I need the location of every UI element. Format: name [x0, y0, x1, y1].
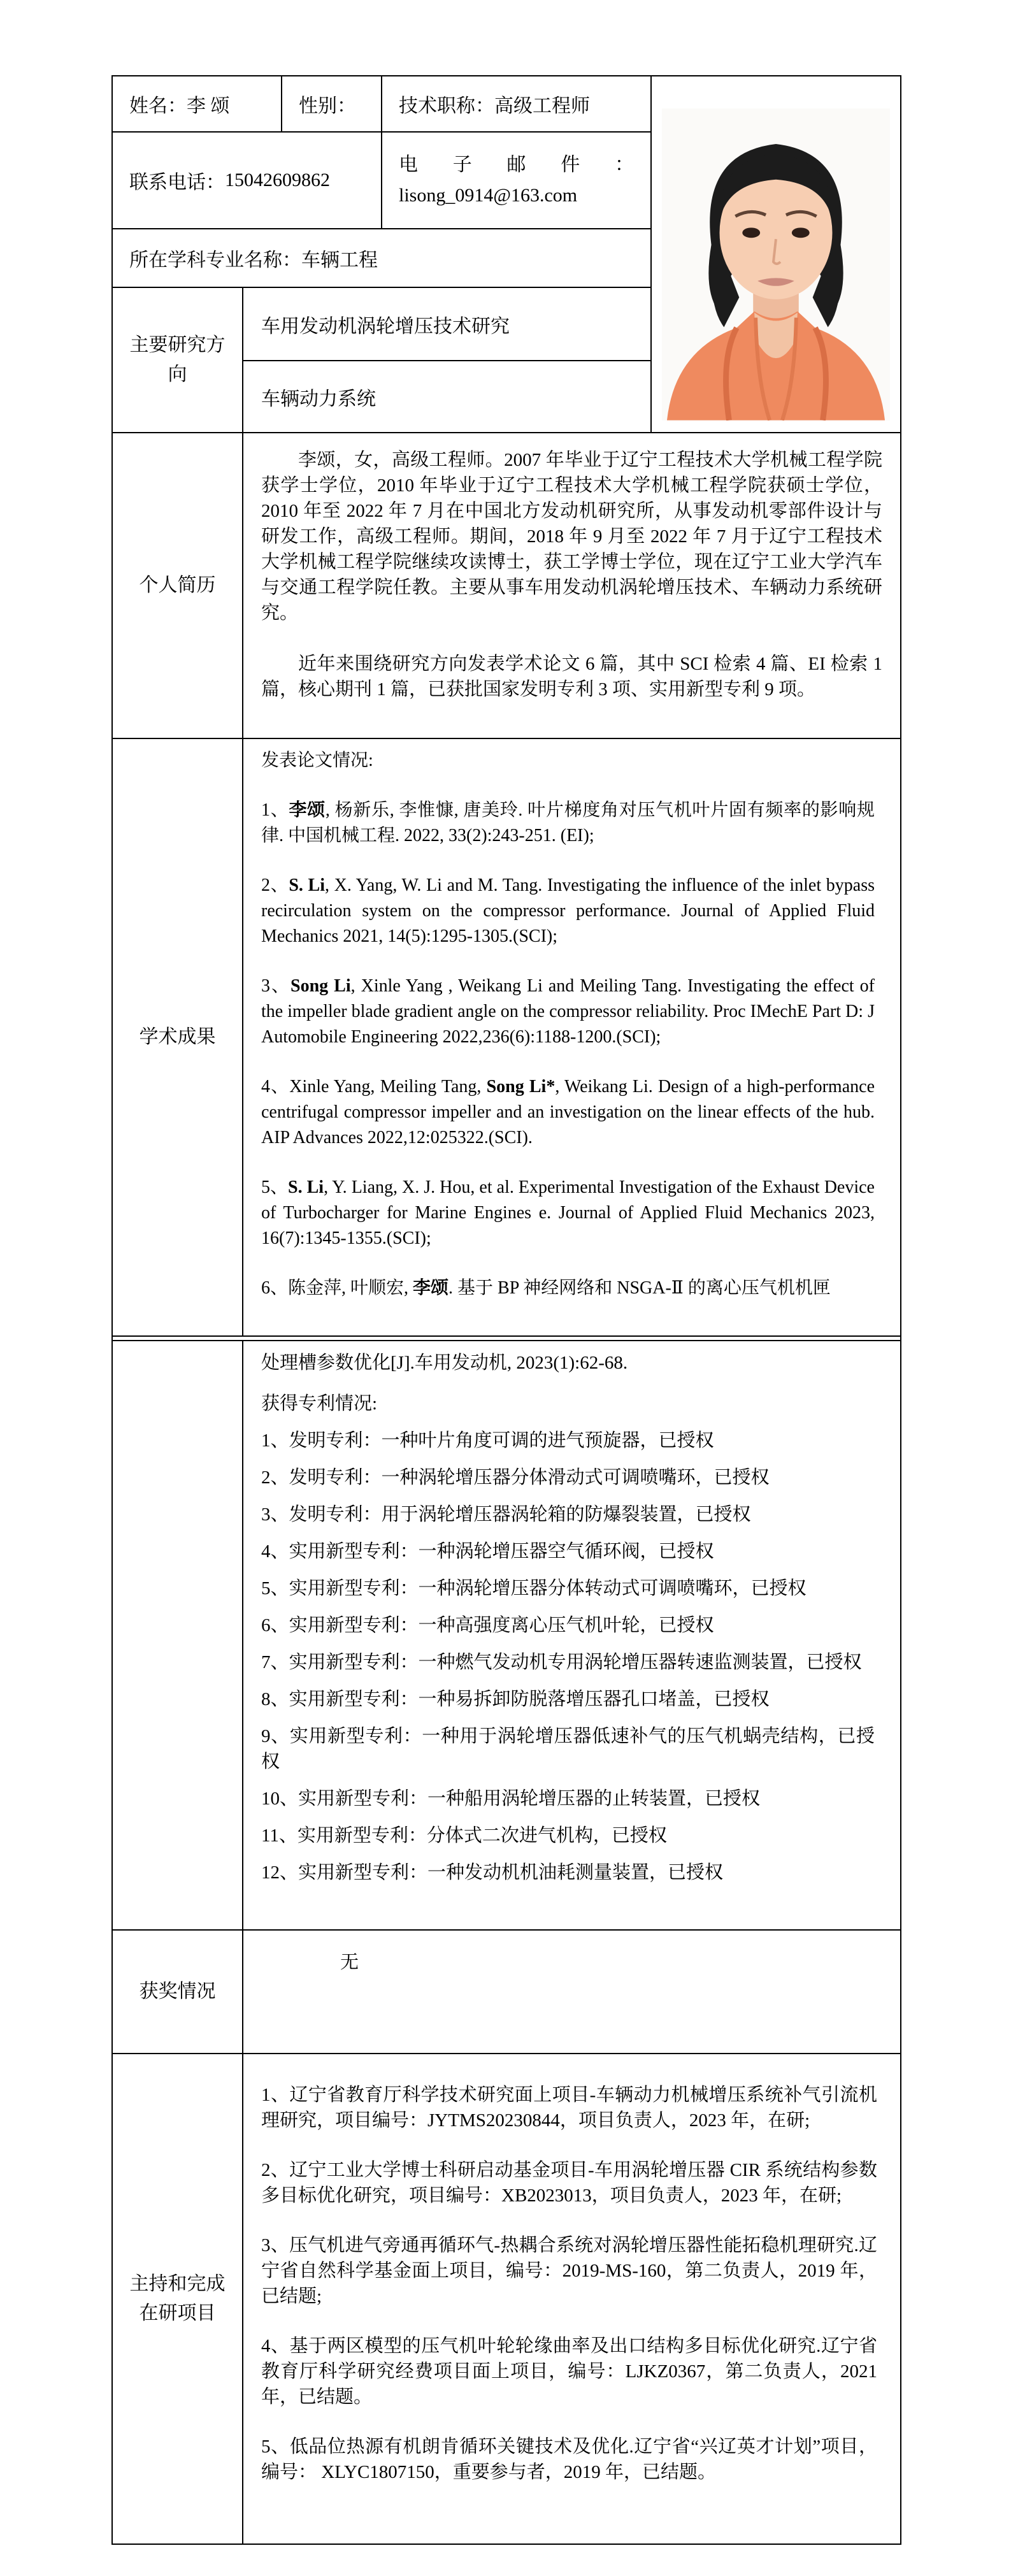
header-left: 姓名：李 颂 性别： 技术职称：高级工程师 联系电话：15042609862 电… — [113, 76, 652, 432]
phone-cell: 联系电话：15042609862 — [113, 133, 382, 228]
list-item: 11、实用新型专利：分体式二次进气机构，已授权 — [261, 1823, 875, 1848]
gender-cell: 性别： — [282, 76, 382, 131]
projects-content: 1、辽宁省教育厅科学技术研究面上项目-车辆动力机械增压系统补气引流机理研究，项目… — [243, 2054, 900, 2544]
list-item: 9、实用新型专利：一种用于涡轮增压器低速补气的压气机蜗壳结构，已授权 — [261, 1723, 875, 1774]
paper-text: , Y. Liang, X. J. Hou, et al. Experiment… — [261, 1177, 875, 1248]
list-item: 2、辽宁工业大学博士科研启动基金项目-车用涡轮增压器 CIR 系统结构参数多目标… — [261, 2157, 877, 2208]
list-item: 7、实用新型专利：一种燃气发动机专用涡轮增压器转速监测装置，已授权 — [261, 1650, 875, 1675]
gender-label: 性别： — [299, 90, 356, 118]
patents-content: 处理槽参数优化[J].车用发动机, 2023(1):62-68. 获得专利情况:… — [243, 1341, 900, 1929]
header-block: 姓名：李 颂 性别： 技术职称：高级工程师 联系电话：15042609862 电… — [113, 76, 900, 433]
author-highlight: Song Li — [290, 976, 351, 996]
author-highlight: Song Li* — [487, 1077, 556, 1097]
paper-text: 5、 — [261, 1177, 288, 1197]
phone-value: 15042609862 — [225, 169, 330, 191]
phone-label: 联系电话： — [129, 166, 225, 194]
achievements-label: 学术成果 — [113, 739, 243, 1335]
paper-text: , X. Yang, W. Li and M. Tang. Investigat… — [261, 875, 875, 946]
list-item: 李颂，女，高级工程师。2007 年毕业于辽宁工程技术大学机械工程学院获学士学位，… — [261, 447, 882, 626]
list-item: 6、实用新型专利：一种高强度离心压气机叶轮，已授权 — [261, 1613, 875, 1638]
header-row-discipline: 所在学科专业名称：车辆工程 — [113, 229, 650, 288]
paper-text: . 基于 BP 神经网络和 NSGA-Ⅱ 的离心压气机机匣 — [448, 1278, 831, 1298]
paper-text: 3、 — [261, 976, 290, 996]
list-item: 2、发明专利：一种涡轮增压器分体滑动式可调喷嘴环，已授权 — [261, 1465, 875, 1490]
author-highlight: 李颂 — [413, 1278, 448, 1298]
awards-label: 获奖情况 — [113, 1931, 243, 2053]
research-direction-2: 车辆动力系统 — [243, 361, 650, 432]
author-highlight: 李颂 — [289, 800, 325, 820]
papers-content: 发表论文情况: 1、李颂, 杨新乐, 李惟慷, 唐美玲. 叶片梯度角对压气机叶片… — [243, 739, 900, 1335]
paper-item: 6、陈金萍, 叶顺宏, 李颂. 基于 BP 神经网络和 NSGA-Ⅱ 的离心压气… — [261, 1276, 875, 1301]
papers-heading: 发表论文情况: — [261, 748, 875, 774]
paper-text: 6、陈金萍, 叶顺宏, — [261, 1278, 413, 1298]
patents-heading: 获得专利情况: — [261, 1391, 875, 1416]
achievements-continued-section: 处理槽参数优化[J].车用发动机, 2023(1):62-68. 获得专利情况:… — [113, 1340, 900, 1931]
projects-label: 主持和完成在研项目 — [113, 2054, 243, 2544]
title-cell: 技术职称：高级工程师 — [382, 76, 650, 131]
name-cell: 姓名：李 颂 — [113, 76, 282, 131]
name-label: 姓名： — [129, 90, 187, 118]
email-label: 电子邮件： — [399, 150, 634, 180]
list-item: 5、实用新型专利：一种涡轮增压器分体转动式可调喷嘴环，已授权 — [261, 1576, 875, 1601]
email-value: lisong_0914@163.com — [399, 180, 634, 211]
awards-section: 获奖情况 无 — [113, 1931, 900, 2054]
projects-section: 主持和完成在研项目 1、辽宁省教育厅科学技术研究面上项目-车辆动力机械增压系统补… — [113, 2054, 900, 2544]
list-item: 12、实用新型专利：一种发动机机油耗测量装置，已授权 — [261, 1860, 875, 1885]
eye-left — [742, 227, 760, 238]
research-direction-1: 车用发动机涡轮增压技术研究 — [243, 288, 650, 361]
paper-item: 3、Song Li, Xinle Yang , Weikang Li and M… — [261, 974, 875, 1050]
cv-table: 姓名：李 颂 性别： 技术职称：高级工程师 联系电话：15042609862 电… — [111, 75, 901, 2545]
paper-item: 1、李颂, 杨新乐, 李惟慷, 唐美玲. 叶片梯度角对压气机叶片固有频率的影响规… — [261, 798, 875, 849]
cv-page: 姓名：李 颂 性别： 技术职称：高级工程师 联系电话：15042609862 电… — [0, 0, 1011, 2576]
paper-text: 1、 — [261, 800, 289, 820]
patents-list: 1、发明专利：一种叶片角度可调的进气预旋器，已授权2、发明专利：一种涡轮增压器分… — [261, 1428, 875, 1885]
bio-section: 个人简历 李颂，女，高级工程师。2007 年毕业于辽宁工程技术大学机械工程学院获… — [113, 433, 900, 739]
email-cell: 电子邮件： lisong_0914@163.com — [382, 133, 650, 228]
paper-item: 2、S. Li, X. Yang, W. Li and M. Tang. Inv… — [261, 873, 875, 949]
header-row-research: 主要研究方向 车用发动机涡轮增压技术研究 车辆动力系统 — [113, 288, 650, 432]
list-item: 3、压气机进气旁通再循环气-热耦合系统对涡轮增压器性能拓稳机理研究.辽宁省自然科… — [261, 2233, 877, 2309]
bio-content: 李颂，女，高级工程师。2007 年毕业于辽宁工程技术大学机械工程学院获学士学位，… — [243, 433, 900, 738]
title-value: 高级工程师 — [494, 90, 590, 118]
list-item: 5、低品位热源有机朗肯循环关键技术及优化.辽宁省“兴辽英才计划”项目，编号： X… — [261, 2434, 877, 2485]
portrait-photo — [662, 108, 890, 421]
discipline-cell: 所在学科专业名称：车辆工程 — [113, 229, 394, 287]
awards-content: 无 — [243, 1931, 900, 2053]
paper-text: , Xinle Yang , Weikang Li and Meiling Ta… — [261, 976, 875, 1047]
photo-cell — [652, 76, 900, 432]
paper-item: 5、S. Li, Y. Liang, X. J. Hou, et al. Exp… — [261, 1175, 875, 1251]
paper-text: , 杨新乐, 李惟慷, 唐美玲. 叶片梯度角对压气机叶片固有频率的影响规律. 中… — [261, 800, 875, 845]
name-value: 李 颂 — [187, 90, 230, 118]
list-item: 3、发明专利：用于涡轮增压器涡轮箱的防爆裂装置，已授权 — [261, 1502, 875, 1527]
bio-label: 个人简历 — [113, 433, 243, 738]
paper-text: 4、Xinle Yang, Meiling Tang, — [261, 1077, 487, 1097]
paper-item: 4、Xinle Yang, Meiling Tang, Song Li*, We… — [261, 1074, 875, 1151]
header-row-identity: 姓名：李 颂 性别： 技术职称：高级工程师 — [113, 76, 650, 133]
research-direction-content: 车用发动机涡轮增压技术研究 车辆动力系统 — [243, 288, 650, 432]
list-item: 1、辽宁省教育厅科学技术研究面上项目-车辆动力机械增压系统补气引流机理研究，项目… — [261, 2082, 877, 2133]
achievements-section: 学术成果 发表论文情况: 1、李颂, 杨新乐, 李惟慷, 唐美玲. 叶片梯度角对… — [113, 739, 900, 1337]
list-item: 4、基于两区模型的压气机叶轮轮缘曲率及出口结构多目标优化研究.辽宁省教育厅科学研… — [261, 2333, 877, 2410]
achievements-label-empty — [113, 1341, 243, 1929]
header-row-contact: 联系电话：15042609862 电子邮件： lisong_0914@163.c… — [113, 133, 650, 229]
list-item: 1、发明专利：一种叶片角度可调的进气预旋器，已授权 — [261, 1428, 875, 1453]
list-item: 10、实用新型专利：一种船用涡轮增压器的止转装置，已授权 — [261, 1786, 875, 1811]
list-item: 4、实用新型专利：一种涡轮增压器空气循环阀，已授权 — [261, 1539, 875, 1564]
research-direction-label: 主要研究方向 — [113, 288, 243, 432]
list-item: 近年来围绕研究方向发表学术论文 6 篇，其中 SCI 检索 4 篇、EI 检索 … — [261, 651, 882, 702]
author-highlight: S. Li — [289, 875, 325, 895]
paper-text: 2、 — [261, 875, 289, 895]
list-item: 8、实用新型专利：一种易拆卸防脱落增压器孔口堵盖，已授权 — [261, 1687, 875, 1712]
eye-right — [792, 227, 810, 238]
paper6-continuation: 处理槽参数优化[J].车用发动机, 2023(1):62-68. — [261, 1350, 875, 1376]
papers-list: 1、李颂, 杨新乐, 李惟慷, 唐美玲. 叶片梯度角对压气机叶片固有频率的影响规… — [261, 798, 875, 1301]
author-highlight: S. Li — [288, 1177, 324, 1197]
title-label: 技术职称： — [399, 90, 494, 118]
